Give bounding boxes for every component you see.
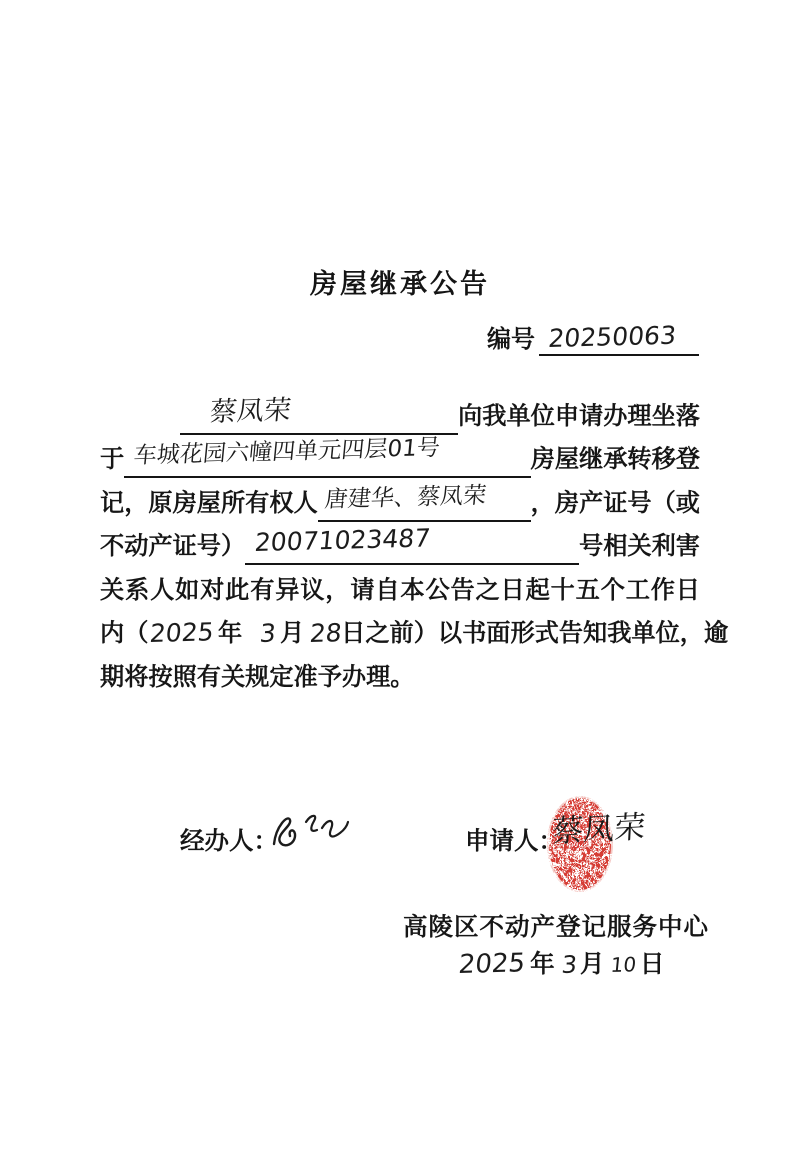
line6-post: 日之前）以书面形式告知我单位，逾 bbox=[341, 616, 728, 652]
applicant-signature-handwritten: 蔡凤荣 bbox=[551, 801, 647, 851]
document-title: 房屋继承公告 bbox=[0, 262, 800, 301]
scanned-document-page: 房屋继承公告 编号 20250063 蔡凤荣 向我单位申请办理坐落 于 车城花园… bbox=[0, 0, 800, 1156]
line5-printed-text: 关系人如对此有异议，请自本公告之日起十五个工作日 bbox=[100, 573, 700, 609]
certificate-number-blank: 20071023487 bbox=[245, 527, 579, 565]
body-line-5: 关系人如对此有异议，请自本公告之日起十五个工作日 bbox=[100, 565, 700, 609]
certificate-number-handwritten: 20071023487 bbox=[253, 520, 432, 561]
line6-year-unit: 年 bbox=[218, 616, 242, 652]
deadline-day-handwritten: 28 bbox=[308, 615, 343, 652]
body-line-4: 不动产证号） 20071023487 号相关利害 bbox=[100, 522, 700, 566]
issue-day-handwritten: 10 bbox=[609, 947, 638, 982]
applicant-name-handwritten: 蔡凤荣 bbox=[208, 392, 293, 430]
line3-suffix: ，房产证号（或 bbox=[531, 486, 700, 522]
deadline-year-handwritten: 2025 bbox=[148, 614, 215, 652]
body-line-7: 期将按照有关规定准予办理。 bbox=[100, 652, 700, 696]
serial-handwritten-value: 20250063 bbox=[547, 321, 677, 353]
issuing-organization-name: 高陵区不动产登记服务中心 bbox=[403, 908, 709, 943]
body-line-1: 蔡凤荣 向我单位申请办理坐落 bbox=[100, 391, 700, 435]
serial-number-row: 编号 20250063 bbox=[487, 322, 699, 356]
deadline-month-handwritten: 3 bbox=[258, 616, 277, 652]
original-owners-blank: 唐建华、蔡凤荣 bbox=[318, 484, 531, 522]
line4-suffix: 号相关利害 bbox=[579, 529, 700, 565]
serial-blank-line: 20250063 bbox=[539, 322, 699, 356]
body-line-2: 于 车城花园六幢四单元四层01号 房屋继承转移登 bbox=[100, 435, 700, 479]
handler-signature-scribble bbox=[266, 804, 358, 866]
issue-date-row: 2025 年 3 月 10 日 bbox=[450, 948, 664, 982]
applicant-name-blank: 蔡凤荣 bbox=[180, 397, 458, 435]
line7-printed-text: 期将按照有关规定准予办理。 bbox=[100, 660, 414, 696]
body-line-6: 内（ 2025 年 3 月 28 日之前）以书面形式告知我单位，逾 bbox=[100, 609, 700, 653]
serial-label: 编号 bbox=[487, 324, 535, 356]
announcement-body: 蔡凤荣 向我单位申请办理坐落 于 车城花园六幢四单元四层01号 房屋继承转移登 … bbox=[100, 391, 700, 696]
property-address-blank: 车城花园六幢四单元四层01号 bbox=[124, 440, 530, 478]
property-address-handwritten: 车城花园六幢四单元四层01号 bbox=[132, 430, 442, 474]
line2-suffix: 房屋继承转移登 bbox=[531, 442, 700, 478]
line4-prefix: 不动产证号） bbox=[100, 529, 245, 565]
line6-pre: 内（ bbox=[100, 616, 148, 652]
line1-printed-text: 向我单位申请办理坐落 bbox=[458, 399, 700, 435]
handler-label: 经办人： bbox=[180, 822, 278, 857]
issue-month-handwritten: 3 bbox=[560, 948, 579, 982]
original-owners-handwritten: 唐建华、蔡凤荣 bbox=[323, 477, 488, 517]
issue-year-unit: 年 bbox=[530, 948, 555, 982]
line3-prefix: 记，原房屋所有权人 bbox=[100, 486, 318, 522]
issue-day-unit: 日 bbox=[640, 948, 665, 982]
issue-year-handwritten: 2025 bbox=[457, 946, 527, 982]
body-line-3: 记，原房屋所有权人 唐建华、蔡凤荣 ，房产证号（或 bbox=[100, 478, 700, 522]
line6-month-unit: 月 bbox=[280, 616, 304, 652]
issue-month-unit: 月 bbox=[580, 948, 605, 982]
line2-prefix: 于 bbox=[100, 442, 124, 478]
